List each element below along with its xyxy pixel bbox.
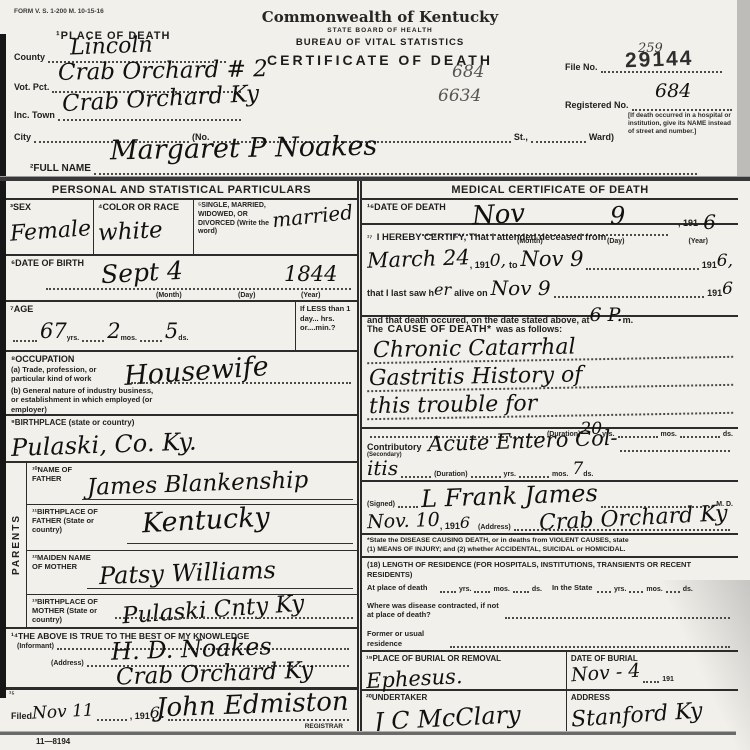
father-birthplace-value: Kentucky (141, 503, 270, 537)
marital-label: ⁵SINGLE, MARRIED, WIDOWED, OR DIVORCED (… (198, 202, 283, 237)
occupation-value: Housewife (123, 353, 269, 390)
cause-pre: The (367, 324, 383, 334)
registered-no-label: Registered No. (565, 100, 629, 111)
father-birthplace-row: ¹¹BIRTHPLACE OF FATHER (State or country… (27, 505, 357, 551)
dob-year-caption: (Year) (301, 292, 320, 299)
contributory-line-1: Contributory Acute Entero Col- (367, 431, 733, 452)
personal-section: PERSONAL AND STATISTICAL PARTICULARS ³SE… (6, 181, 362, 731)
age-label: ⁷AGE (10, 304, 291, 315)
age-years-value: 67 (40, 321, 67, 342)
res-dot-5 (629, 589, 643, 593)
father-name-line (82, 499, 353, 500)
footnote-line-1: *State the DISEASE CAUSING DEATH, or in … (367, 537, 733, 545)
contributory-value-2: itis (367, 458, 398, 478)
res-dot-3 (513, 589, 529, 593)
former-dotline (450, 644, 730, 648)
date-of-death-row: ¹⁶DATE OF DEATH Nov 9 , 191 6 (Month) (D… (362, 200, 738, 225)
birthplace-row: ⁹BIRTHPLACE (state or country) Pulaski, … (6, 416, 357, 462)
city-dotline-3 (531, 139, 586, 143)
burial-date-line: Nov - 4 191 (571, 664, 734, 683)
sex-cell: ³SEX Female (6, 200, 94, 254)
contracted-dotline (505, 615, 730, 619)
signed-year-printed: , 191 (440, 521, 460, 532)
certify-dotline-1 (586, 266, 698, 270)
inc-town-label: Inc. Town (14, 110, 55, 121)
informant-address-label: (Address) (51, 660, 84, 667)
residence-block: (18) LENGTH OF RESIDENCE (FOR HOSPITALS,… (362, 558, 738, 652)
contrib-dot-a (401, 474, 431, 478)
certify-number: ¹⁷ (367, 235, 372, 242)
signed-date-value: Nov. 10 (367, 511, 440, 533)
age-dot-1 (13, 338, 37, 342)
precinct-label: Vot. Pct. (14, 82, 49, 93)
city-st-label: St., (514, 132, 528, 143)
contributory-label: Contributory (367, 442, 422, 453)
mother-birthplace-value: Pulaski Cnty Ky (121, 592, 305, 628)
from-year-printed: , 191 (470, 260, 490, 271)
precinct-value: Crab Orchard # 2 (58, 58, 268, 85)
burial-place-cell: ¹⁹PLACE OF BURIAL OR REMOVAL Ephesus. (362, 652, 567, 689)
certify-block: ¹⁷ I HEREBY CERTIFY, That I attended dec… (362, 225, 738, 317)
dob-row: ⁶DATE OF BIRTH Sept 4 1844 (Month) (Day)… (6, 256, 357, 302)
certify-intro-line: ¹⁷ I HEREBY CERTIFY, That I attended dec… (367, 227, 733, 245)
age-dot-2 (82, 338, 104, 342)
contrib-duration-days: 7 (572, 461, 583, 478)
medical-title: MEDICAL CERTIFICATE OF DEATH (362, 181, 738, 200)
res-ds-1: ds. (532, 586, 542, 593)
age-row: ⁷AGE 67 yrs. 2 mos. 5 ds. If LESS than 1… (6, 302, 357, 352)
burial-row: ¹⁹PLACE OF BURIAL OR REMOVAL Ephesus. DA… (362, 652, 738, 691)
dob-day-caption: (Day) (238, 292, 256, 299)
res-dot-4 (597, 589, 611, 593)
contrib-ds-label: ds. (583, 471, 593, 478)
cause-of-death-block: The CAUSE OF DEATH* was as follows: Chro… (362, 317, 738, 429)
filed-row: ¹⁵ Filed Nov 11 , 191 6. John Edmiston R… (6, 690, 357, 731)
certify-dates-line: March 24 , 191 0, to Nov 9 191 6, (367, 249, 733, 270)
signed-address-label: (Address) (478, 524, 511, 531)
lastsaw-date: Nov 9 (491, 278, 551, 298)
res-mos-1: mos. (493, 586, 509, 593)
signed-dot-a (398, 504, 418, 508)
sex-race-marital-row: ³SEX Female ⁴COLOR OR RACE white ⁵SINGLE… (6, 200, 357, 256)
contrib-mos-label: mos. (552, 471, 568, 478)
to-label: to (509, 260, 518, 271)
city-label: City (14, 132, 31, 143)
at-place-label: At place of death (367, 583, 437, 592)
pencil-number-2: 6634 (438, 88, 481, 105)
county-label: County (14, 52, 45, 63)
registered-no-value: 684 (655, 82, 691, 101)
former-label: Former or usual residence (367, 629, 447, 648)
cause-line-2: Gastritis History of (367, 362, 733, 392)
contracted-row: Where was disease contracted, if not at … (367, 601, 733, 620)
mother-birthplace-row: ¹³BIRTHPLACE OF MOTHER (State or country… (27, 595, 357, 627)
undertaker-address-value: Stanford Ky (570, 698, 734, 731)
to-year-hw: 6, (717, 253, 733, 270)
burial-year-printed: 191 (662, 676, 674, 683)
bottom-divider (0, 731, 736, 735)
contrib-dot-c (519, 474, 549, 478)
certificate-body: PERSONAL AND STATISTICAL PARTICULARS ³SE… (6, 181, 750, 731)
parents-block: PARENTS ¹⁰NAME OF FATHER James Blankensh… (6, 463, 357, 629)
undertaker-address-cell: ADDRESS Stanford Ky (567, 691, 738, 731)
registered-no-dotline (632, 107, 732, 111)
age-mos-unit: mos. (121, 335, 137, 342)
full-name-value: Margaret P Noakes (110, 133, 378, 165)
marital-cell: ⁵SINGLE, MARRIED, WIDOWED, OR DIVORCED (… (194, 200, 357, 254)
dob-value: Sept 4 (100, 258, 183, 287)
last-saw-line: that I last saw h er alive on Nov 9 191 … (367, 278, 733, 298)
bottom-form-code: 11—8194 (36, 737, 70, 747)
parents-rows: ¹⁰NAME OF FATHER James Blankenship ¹¹BIR… (27, 463, 357, 627)
former-residence-row: Former or usual residence (367, 629, 733, 648)
race-value: white (97, 217, 189, 245)
res-yrs-2: yrs. (614, 586, 626, 593)
age-dot-3 (140, 338, 162, 342)
footnote-block: *State the DISEASE CAUSING DEATH, or in … (362, 533, 738, 558)
from-year-hw: 0, (490, 253, 506, 270)
filed-date-value: Nov 11 (32, 703, 95, 723)
age-days-value: 5 (165, 321, 178, 342)
filed-number: ¹⁵ (9, 691, 15, 698)
undertaker-row: ²⁰UNDERTAKER J C McClary ADDRESS Stanfor… (362, 691, 738, 731)
commonwealth-title: Commonwealth of Kentucky (240, 8, 520, 26)
attended-from-value: March 24 (367, 248, 470, 273)
father-birthplace-line (127, 543, 353, 544)
res-mos-2: mos. (646, 586, 662, 593)
cause-post: was as follows: (496, 324, 562, 334)
contributory-block: Contributory Acute Entero Col- (Secondar… (362, 429, 738, 482)
dob-year: 1844 (284, 264, 337, 285)
mother-name-row: ¹²MAIDEN NAME OF MOTHER Patsy Williams (27, 551, 357, 595)
age-yrs-unit: yrs. (67, 335, 79, 342)
death-day-value: 9 (610, 204, 625, 228)
res-ds-2: ds. (683, 586, 693, 593)
death-certificate-document: FORM V. S. 1-200 M. 10-15-16 Commonwealt… (0, 0, 750, 750)
file-no-overlay: 259 (638, 42, 663, 55)
mother-name-value: Patsy Williams (99, 557, 277, 587)
certify-intro: I HEREBY CERTIFY, That I attended deceas… (377, 232, 606, 243)
dob-dotline (46, 288, 351, 290)
residence-label: (18) LENGTH OF RESIDENCE (FOR HOSPITALS,… (367, 560, 733, 579)
res-dot-6 (666, 589, 680, 593)
filed-year-printed: , 191 (130, 711, 150, 722)
birthplace-value: Pulaski, Co. Ky. (11, 424, 353, 460)
contrib-dot-b (471, 474, 501, 478)
burial-date-cell: DATE OF BURIAL Nov - 4 191 (567, 652, 738, 689)
contributory-line-2: itis (Duration) yrs. mos. 7 ds. (367, 458, 733, 478)
county-value: Lincoln (70, 35, 153, 60)
form-number: FORM V. S. 1-200 M. 10-15-16 (14, 8, 104, 16)
res-dot-2 (474, 589, 490, 593)
medical-section: MEDICAL CERTIFICATE OF DEATH ¹⁶DATE OF D… (362, 181, 750, 731)
hospital-note: [If death occurred in a hospital or inst… (628, 112, 736, 136)
footnote-line-2: (1) MEANS OF INJURY; and (2) whether ACC… (367, 546, 733, 554)
registrar-label: REGISTRAR (305, 723, 343, 730)
lastsaw-pre: that I last saw h (367, 288, 434, 299)
res-yrs-1: yrs. (459, 586, 471, 593)
pencil-number-1: 684 (452, 64, 484, 81)
father-name-row: ¹⁰NAME OF FATHER James Blankenship (27, 463, 357, 505)
state-board-line: STATE BOARD OF HEALTH (240, 27, 520, 35)
mother-birthplace-line (115, 617, 353, 619)
signed-value: L Frank James (421, 481, 599, 511)
parents-label: PARENTS (11, 514, 22, 575)
bureau-line: BUREAU OF VITAL STATISTICS (240, 37, 520, 48)
father-name-value: James Blankenship (87, 469, 309, 500)
mother-name-label: ¹²MAIDEN NAME OF MOTHER (32, 553, 102, 572)
cause-line-3: this trouble for (367, 390, 733, 420)
undertaker-cell: ²⁰UNDERTAKER J C McClary (362, 691, 567, 731)
mother-birthplace-label: ¹³BIRTHPLACE OF MOTHER (State or country… (32, 597, 117, 625)
occupation-a-label: (a) Trade, profession, or particular kin… (11, 365, 131, 384)
lastsaw-her: er (434, 282, 451, 298)
burial-place-value: Ephesus. (366, 661, 563, 692)
mother-name-line (87, 588, 353, 589)
occupation-dotline (131, 382, 351, 384)
informant-address-value: Crab Orchard Ky (116, 659, 314, 689)
occupation-row: ⁸OCCUPATION (a) Trade, profession, or pa… (6, 352, 357, 416)
age-less-note: If LESS than 1 day... hrs. or....min.? (295, 302, 357, 350)
filed-dotline (97, 717, 127, 721)
registrar-signature: John Edmiston (156, 689, 349, 722)
father-birthplace-label: ¹¹BIRTHPLACE OF FATHER (State or country… (32, 507, 117, 535)
cause-line-1: Chronic Catarrhal (367, 334, 733, 364)
dob-month-caption: (Month) (156, 292, 182, 299)
informant-label: (Informant) (17, 643, 54, 650)
signed-label: (Signed) (367, 501, 395, 508)
age-cell: ⁷AGE 67 yrs. 2 mos. 5 ds. (6, 302, 295, 350)
contracted-label: Where was disease contracted, if not at … (367, 601, 502, 620)
full-name-label: ²FULL NAME (30, 163, 91, 175)
residence-values-row: At place of death yrs. mos. ds. In the S… (367, 583, 733, 592)
sex-label: ³SEX (10, 202, 89, 213)
header-center: Commonwealth of Kentucky STATE BOARD OF … (240, 8, 520, 68)
inc-town-dotline (58, 117, 241, 121)
scan-edge-right (737, 0, 750, 178)
lastsaw-year-printed: 191 (707, 288, 722, 299)
burial-date-value: Nov - 4 (570, 662, 641, 686)
race-cell: ⁴COLOR OR RACE white (94, 200, 194, 254)
to-year-printed: 191 (702, 260, 717, 271)
age-months-value: 2 (107, 321, 120, 342)
race-label: ⁴COLOR OR RACE (98, 202, 189, 213)
attended-to-value: Nov 9 (521, 249, 584, 270)
personal-title: PERSONAL AND STATISTICAL PARTICULARS (6, 181, 357, 200)
city-ward-label: Ward) (589, 132, 614, 143)
undertaker-value: J C McClary (374, 700, 563, 734)
lastsaw-mid: alive on (454, 288, 488, 299)
file-no-label: File No. (565, 62, 598, 73)
full-name-dotline (94, 171, 697, 175)
res-dot-1 (440, 589, 456, 593)
contrib-yrs-label: yrs. (504, 471, 516, 478)
signed-date-row: Nov. 10 , 191 6 (Address) Crab Orchard K… (362, 510, 738, 533)
attest-block: ¹⁴THE ABOVE IS TRUE TO THE BEST OF MY KN… (6, 629, 357, 691)
contributory-dot-1 (620, 448, 730, 452)
age-values-row: 67 yrs. 2 mos. 5 ds. (10, 321, 291, 342)
parents-label-cell: PARENTS (6, 463, 27, 627)
lastsaw-year-hw: 6 (722, 281, 733, 298)
in-state-label: In the State (552, 583, 594, 592)
date-of-death-label: ¹⁶DATE OF DEATH (367, 202, 733, 213)
cause-main-label: CAUSE OF DEATH* (387, 323, 491, 335)
marital-value: married (271, 202, 354, 230)
registered-no-row: Registered No. (565, 100, 735, 111)
filed-label: Filed (11, 711, 32, 722)
sex-value: Female (9, 218, 89, 245)
contrib-duration-label: (Duration) (434, 471, 467, 478)
age-ds-unit: ds. (178, 335, 188, 342)
certify-dotline-2 (554, 294, 705, 298)
signed-year-hw: 6 (460, 515, 470, 531)
burial-date-dot (643, 679, 659, 683)
